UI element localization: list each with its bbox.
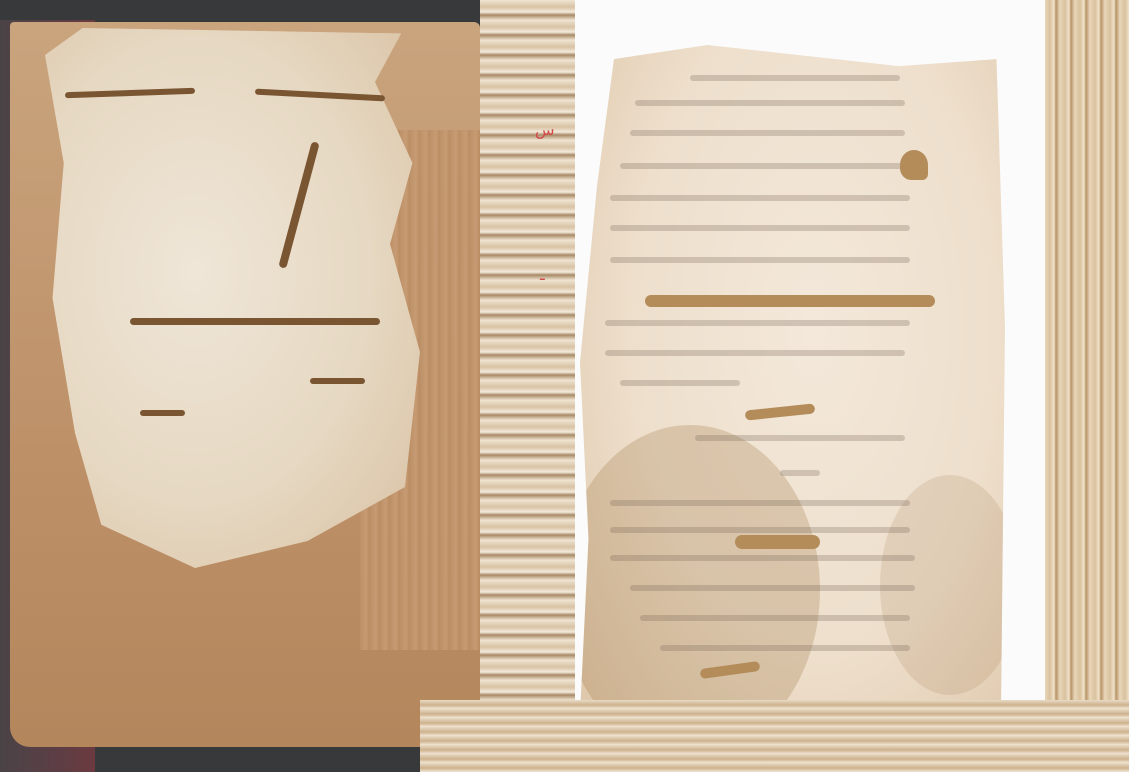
fragmented-spine-leaves: س ـ [480,0,575,772]
script-line [605,320,910,326]
script-line [610,225,910,231]
rubrication-mark: س [535,120,555,139]
script-line [620,163,905,169]
worm-hole [735,535,820,549]
rubrication-mark: ـ [540,265,545,284]
script-line [605,350,905,356]
bottom-leaf-edges [420,700,1129,772]
worm-hole [745,403,816,420]
script-line [610,195,910,201]
script-line [695,435,905,441]
script-line [780,470,820,476]
manuscript-photo: Photograph of an open, severely damaged … [0,0,1129,772]
script-line [620,380,740,386]
script-line [630,130,905,136]
script-line [630,585,915,591]
worm-hole [645,295,935,307]
script-line [610,257,910,263]
script-line [610,500,910,506]
worm-track [140,410,185,416]
page-fore-edges [1045,0,1129,772]
script-line [660,645,910,651]
manuscript-leaf [580,45,1005,750]
worm-hole [900,150,928,180]
stained-pastedown [45,28,420,568]
worm-track [310,378,365,384]
script-line [610,555,915,561]
worm-track [130,318,380,325]
script-line [610,527,910,533]
script-line [640,615,910,621]
script-line [635,100,905,106]
script-line [690,75,900,81]
